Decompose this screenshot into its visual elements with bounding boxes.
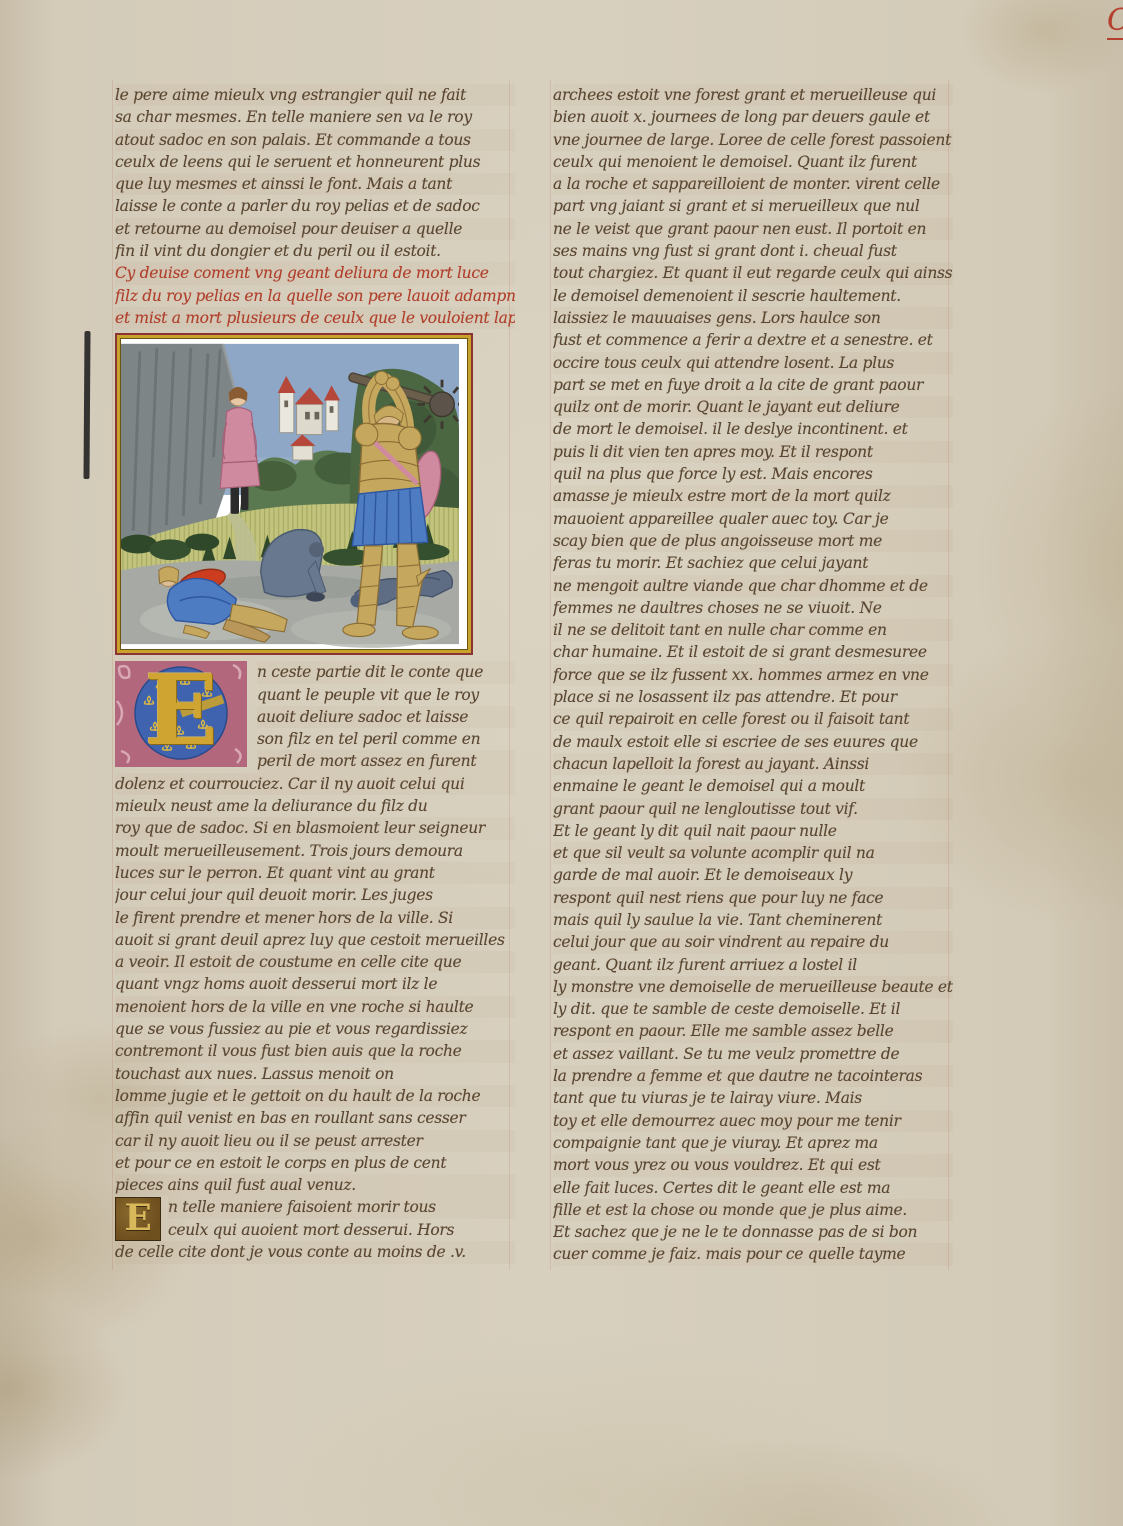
text-line: ceulx qui auoient mort desserui. Hors — [168, 1219, 515, 1241]
text-line: ceulx qui menoient le demoisel. Quant il… — [553, 151, 953, 173]
intro-paragraph: le pere aime mieulx vng estrangier quil … — [115, 84, 515, 262]
text-line: Cy deuise coment vng geant deliura de mo… — [115, 262, 515, 284]
text-line: laisse le conte a parler du roy pelias e… — [115, 195, 515, 217]
text-line: part se met en fuye droit a la cite de g… — [553, 374, 953, 396]
folio-number: C — [1107, 6, 1123, 40]
right-body-paragraph: archees estoit vne forest grant et merue… — [553, 84, 953, 1266]
text-line: Et sachez que je ne le te donnasse pas d… — [553, 1221, 953, 1243]
text-line: place si ne losassent ilz pas attendre. … — [553, 686, 953, 708]
folio-number-text: C — [1107, 3, 1123, 38]
text-line: femmes ne daultres choses ne se viuoit. … — [553, 597, 953, 619]
text-line: de celle cite dont je vous conte au moin… — [115, 1241, 515, 1263]
text-line: a veoir. Il estoit de coustume en celle … — [115, 951, 515, 973]
illuminated-initial-row: E n ceste partie dit le conte quequant l… — [115, 661, 515, 772]
text-line: peril de mort assez en furent — [257, 750, 515, 772]
text-line: menoient hors de la ville en vne roche s… — [115, 996, 515, 1018]
text-line: n ceste partie dit le conte que — [257, 661, 515, 683]
text-line: mieulx neust ame la deliurance du filz d… — [115, 795, 515, 817]
text-line: et pour ce en estoit le corps en plus de… — [115, 1152, 515, 1174]
miniature-frame — [115, 333, 473, 655]
text-line: ce quil repairoit en celle forest ou il … — [553, 708, 953, 730]
text-line: archees estoit vne forest grant et merue… — [553, 84, 953, 106]
illuminated-initial: E — [115, 661, 247, 767]
text-line: enmaine le geant le demoisel qui a moult — [553, 775, 953, 797]
text-line: mort vous yrez ou vous vouldrez. Et qui … — [553, 1154, 953, 1176]
text-line: puis li dit vien ten apres moy. Et il re… — [553, 441, 953, 463]
text-line: filz du roy pelias en la quelle son pere… — [115, 285, 515, 307]
text-line: le pere aime mieulx vng estrangier quil … — [115, 84, 515, 106]
text-line: de maulx estoit elle si escriee de ses e… — [553, 731, 953, 753]
text-line: et que sil veult sa volunte acomplir qui… — [553, 842, 953, 864]
text-line: et mist a mort plusieurs de ceulx que le… — [115, 307, 515, 329]
text-line: contremont il vous fust bien auis que la… — [115, 1040, 515, 1062]
text-line: quilz ont de morir. Quant le jayant eut … — [553, 396, 953, 418]
text-line: Et le geant ly dit quil nait paour nulle — [553, 820, 953, 842]
text-line: geant. Quant ilz furent arriuez a lostel… — [553, 954, 953, 976]
miniature-painting — [120, 338, 468, 650]
second-initial-row: E n telle maniere faisoient morir tousce… — [115, 1196, 515, 1241]
text-line: cuer comme je faiz. mais pour ce quelle … — [553, 1243, 953, 1265]
text-line: laissiez le mauuaises gens. Lors haulce … — [553, 307, 953, 329]
text-line: tant que tu viuras je te lairay viure. M… — [553, 1087, 953, 1109]
text-line: ses mains vng fust si grant dont i. cheu… — [553, 240, 953, 262]
left-text-column: le pere aime mieulx vng estrangier quil … — [115, 84, 515, 1264]
text-line: vne journee de large. Loree de celle for… — [553, 129, 953, 151]
text-line: pieces ains quil fust aual venuz. — [115, 1174, 515, 1196]
text-line: ceulx de leens qui le seruent et honneur… — [115, 151, 515, 173]
text-line: mauoient appareillee qualer auec toy. Ca… — [553, 508, 953, 530]
text-line: respont en paour. Elle me samble assez b… — [553, 1020, 953, 1042]
text-line: moult merueilleusement. Trois jours demo… — [115, 840, 515, 862]
manuscript-page: C le pere aime mieulx vng estrangier qui… — [0, 0, 1123, 1526]
text-line: toy et elle demourrez auec moy pour me t… — [553, 1110, 953, 1132]
text-line: quant vngz homs auoit desserui mort ilz … — [115, 973, 515, 995]
miniature-scene — [121, 339, 459, 649]
text-line: auoit si grant deuil aprez luy que cesto… — [115, 929, 515, 951]
text-line: car il ny auoit lieu ou il se peust arre… — [115, 1130, 515, 1152]
text-line: dolenz et courrouciez. Car il ny auoit c… — [115, 773, 515, 795]
ruling-line — [112, 80, 113, 1270]
text-line: garde de mal auoir. Et le demoiseaux ly — [553, 864, 953, 886]
text-line: et retourne au demoisel pour deuiser a q… — [115, 218, 515, 240]
text-line: jour celui jour quil deuoit morir. Les j… — [115, 884, 515, 906]
text-line: a la roche et sappareilloient de monter.… — [553, 173, 953, 195]
text-line: de mort le demoisel. il le deslye incont… — [553, 418, 953, 440]
text-line: occire tous ceulx qui attendre losent. L… — [553, 352, 953, 374]
left-closing-line: de celle cite dont je vous conte au moin… — [115, 1241, 515, 1263]
text-line: la prendre a femme et que dautre ne taco… — [553, 1065, 953, 1087]
initial-adjacent-text: n ceste partie dit le conte quequant le … — [257, 661, 515, 772]
text-line: quil na plus que force ly est. Mais enco… — [553, 463, 953, 485]
text-line: grant paour quil ne lengloutisse tout vi… — [553, 798, 953, 820]
text-line: compaignie tant que je viuray. Et aprez … — [553, 1132, 953, 1154]
text-line: luces sur le perron. Et quant vint au gr… — [115, 862, 515, 884]
text-line: fille et est la chose ou monde que je pl… — [553, 1199, 953, 1221]
left-body-paragraph: dolenz et courrouciez. Car il ny auoit c… — [115, 773, 515, 1197]
text-line: le demoisel demenoient il sescrie haulte… — [553, 285, 953, 307]
ruling-line — [550, 80, 551, 1270]
text-line: ne le veist que grant paour nen eust. Il… — [553, 218, 953, 240]
text-line: touchast aux nues. Lassus menoit on — [115, 1063, 515, 1085]
binding-edge-mark — [83, 331, 90, 479]
text-line: que luy mesmes et ainssi le font. Mais a… — [115, 173, 515, 195]
folio-underline — [1107, 38, 1123, 40]
text-line: fust et commence a ferir a dextre et a s… — [553, 329, 953, 351]
text-line: n telle maniere faisoient morir tous — [168, 1196, 515, 1218]
right-text-column: archees estoit vne forest grant et merue… — [553, 84, 953, 1266]
text-line: roy que de sadoc. Si en blasmoient leur … — [115, 817, 515, 839]
text-line: elle fait luces. Certes dit le geant ell… — [553, 1177, 953, 1199]
text-line: affin quil venist en bas en roullant san… — [115, 1107, 515, 1129]
text-line: ly monstre vne demoiselle de merueilleus… — [553, 976, 953, 998]
text-line: scay bien que de plus angoisseuse mort m… — [553, 530, 953, 552]
text-line: amasse je mieulx estre mort de la mort q… — [553, 485, 953, 507]
text-line: que se vous fussiez au pie et vous regar… — [115, 1018, 515, 1040]
text-line: sa char mesmes. En telle maniere sen va … — [115, 106, 515, 128]
small-initial-letter: E — [115, 1197, 161, 1241]
text-line: fin il vint du dongier et du peril ou il… — [115, 240, 515, 262]
text-line: il ne se delitoit tant en nulle char com… — [553, 619, 953, 641]
text-line: ne mengoit aultre viande que char dhomme… — [553, 575, 953, 597]
initial-letter: E — [129, 655, 233, 767]
text-line: son filz en tel peril comme en — [257, 728, 515, 750]
text-line: char humaine. Et il estoit de si grant d… — [553, 641, 953, 663]
second-initial-text: n telle maniere faisoient morir tousceul… — [168, 1196, 515, 1241]
text-line: et assez vaillant. Se tu me veulz promet… — [553, 1043, 953, 1065]
text-line: ly dit. que te samble de ceste demoisell… — [553, 998, 953, 1020]
text-line: tout chargiez. Et quant il eut regarde c… — [553, 262, 953, 284]
rubric-paragraph: Cy deuise coment vng geant deliura de mo… — [115, 262, 515, 329]
text-line: part vng jaiant si grant et si merueille… — [553, 195, 953, 217]
text-line: quant le peuple vit que le roy — [257, 684, 515, 706]
text-line: bien auoit x. journees de long par deuer… — [553, 106, 953, 128]
text-line: lomme jugie et le gettoit on du hault de… — [115, 1085, 515, 1107]
text-line: le firent prendre et mener hors de la vi… — [115, 907, 515, 929]
text-line: celui jour que au soir vindrent au repai… — [553, 931, 953, 953]
text-line: chacun lapelloit la forest au jayant. Ai… — [553, 753, 953, 775]
text-line: mais quil ly saulue la vie. Tant chemine… — [553, 909, 953, 931]
text-line: respont quil nest riens que pour luy ne … — [553, 887, 953, 909]
text-line: atout sadoc en son palais. Et commande a… — [115, 129, 515, 151]
text-line: force que se ilz fussent xx. hommes arme… — [553, 664, 953, 686]
text-line: auoit deliure sadoc et laisse — [257, 706, 515, 728]
text-line: feras tu morir. Et sachiez que celui jay… — [553, 552, 953, 574]
